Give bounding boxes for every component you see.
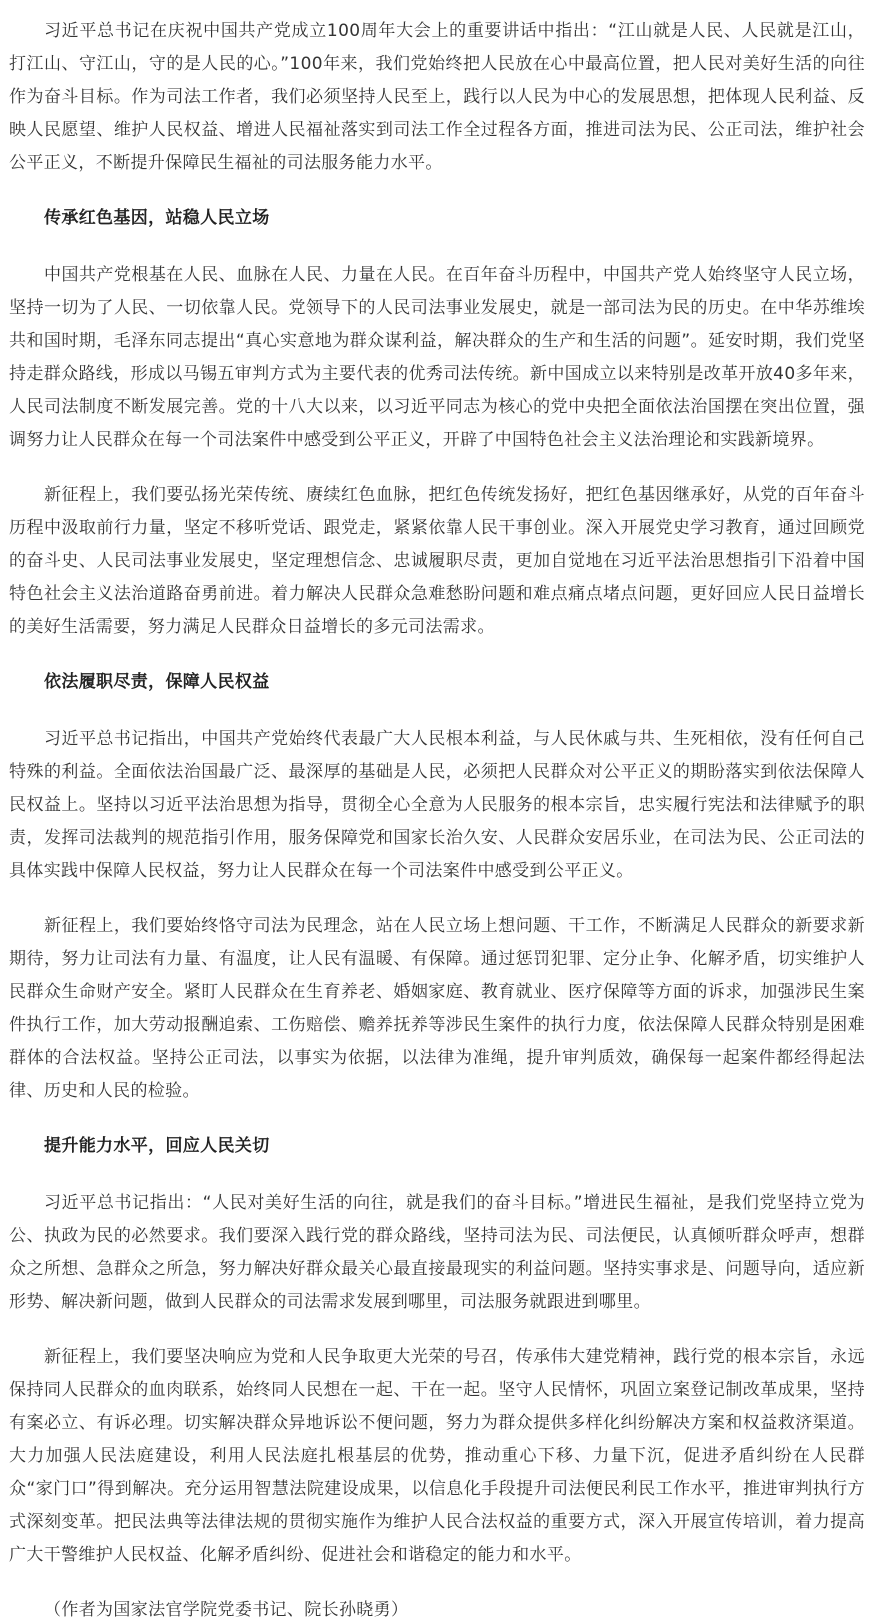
- article-paragraph: 中国共产党根基在人民、血脉在人民、力量在人民。在百年奋斗历程中，中国共产党人始终…: [9, 259, 865, 457]
- article-paragraph: 新征程上，我们要弘扬光荣传统、赓续红色血脉，把红色传统发扬好，把红色基因继承好，…: [9, 479, 865, 644]
- section-heading-protect-rights: 依法履职尽责，保障人民权益: [9, 666, 865, 699]
- article-paragraph: 新征程上，我们要始终恪守司法为民理念，站在人民立场上想问题、干工作，不断满足人民…: [9, 910, 865, 1108]
- article-paragraph: 习近平总书记指出，中国共产党始终代表最广大人民根本利益，与人民休戚与共、生死相依…: [9, 723, 865, 888]
- article-paragraph: 习近平总书记指出：“人民对美好生活的向往，就是我们的奋斗目标。”增进民生福祉，是…: [9, 1187, 865, 1319]
- article-paragraph: 新征程上，我们要坚决响应为党和人民争取更大光荣的号召，传承伟大建党精神，践行党的…: [9, 1341, 865, 1572]
- author-byline: （作者为国家法官学院党委书记、院长孙晓勇）: [9, 1594, 865, 1624]
- section-heading-improve-capability: 提升能力水平，回应人民关切: [9, 1130, 865, 1163]
- section-heading-red-gene: 传承红色基因，站稳人民立场: [9, 202, 865, 235]
- article-paragraph-intro: 习近平总书记在庆祝中国共产党成立100周年大会上的重要讲话中指出：“江山就是人民…: [9, 15, 865, 180]
- article-body: 习近平总书记在庆祝中国共产党成立100周年大会上的重要讲话中指出：“江山就是人民…: [0, 0, 875, 1624]
